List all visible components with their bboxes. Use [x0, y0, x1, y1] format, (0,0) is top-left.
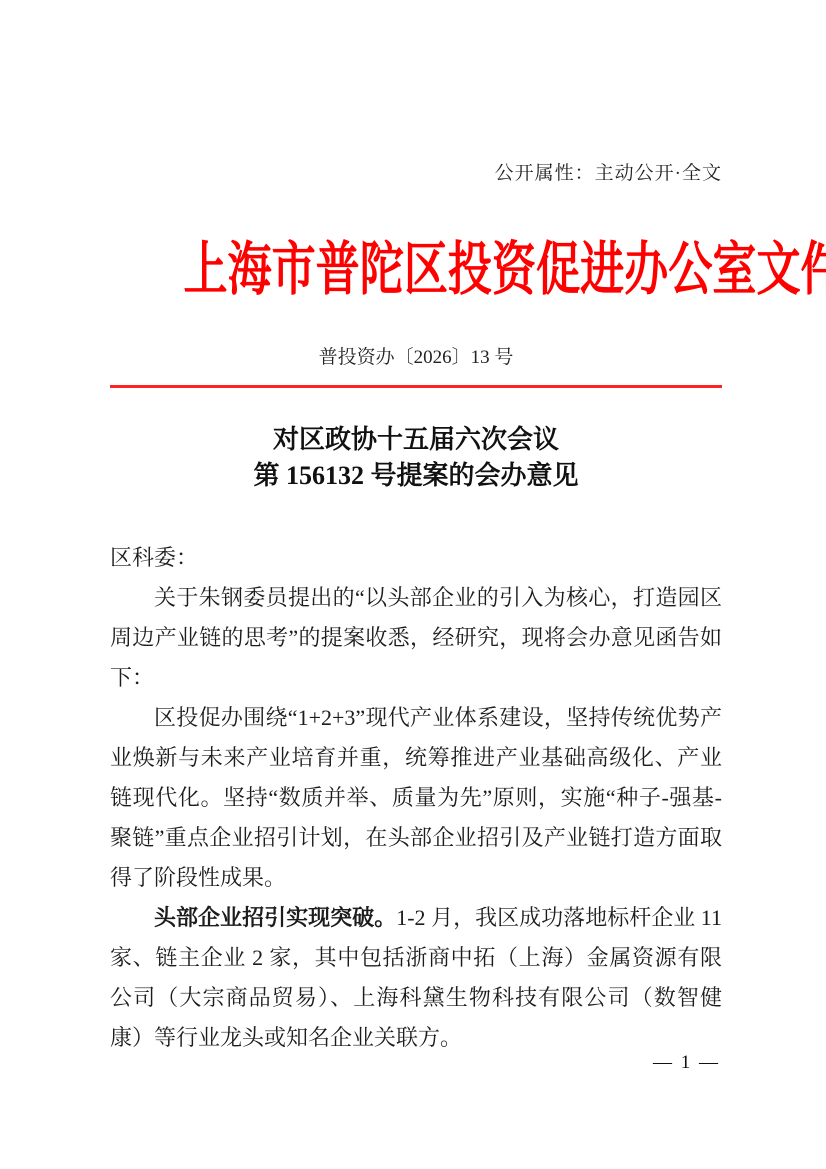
- paragraph-achievement-lead: 头部企业招引实现突破。: [154, 905, 396, 930]
- paragraph-achievement: 头部企业招引实现突破。1-2 月，我区成功落地标杆企业 11 家、链主企业 2 …: [110, 898, 722, 1058]
- document-number: 普投资办〔2026〕13 号: [110, 346, 722, 370]
- issuer-banner-title: 上海市普陀区投资促进办公室文件: [183, 240, 648, 300]
- document-content: 公开属性：主动公开·全文 上海市普陀区投资促进办公室文件 普投资办〔2026〕1…: [0, 0, 826, 1169]
- paragraph-overview: 区投促办围绕“1+2+3”现代产业体系建设，坚持传统优势产业焕新与未来产业培育并…: [110, 698, 722, 898]
- document-page: 公开属性：主动公开·全文 上海市普陀区投资促进办公室文件 普投资办〔2026〕1…: [0, 0, 826, 1169]
- page-number: — 1 —: [653, 1052, 720, 1074]
- disclosure-attribute-line: 公开属性：主动公开·全文: [110, 162, 722, 186]
- paragraph-intro: 关于朱钢委员提出的“以头部企业的引入为核心，打造园区周边产业链的思考”的提案收悉…: [110, 578, 722, 698]
- proposal-title-line2: 第 156132 号提案的会办意见: [110, 458, 722, 494]
- proposal-title: 对区政协十五届六次会议 第 156132 号提案的会办意见: [110, 422, 722, 494]
- document-body: 区科委： 关于朱钢委员提出的“以头部企业的引入为核心，打造园区周边产业链的思考”…: [110, 538, 722, 1058]
- red-separator-rule: [110, 385, 722, 388]
- salutation: 区科委：: [110, 538, 722, 578]
- proposal-title-line1: 对区政协十五届六次会议: [110, 422, 722, 458]
